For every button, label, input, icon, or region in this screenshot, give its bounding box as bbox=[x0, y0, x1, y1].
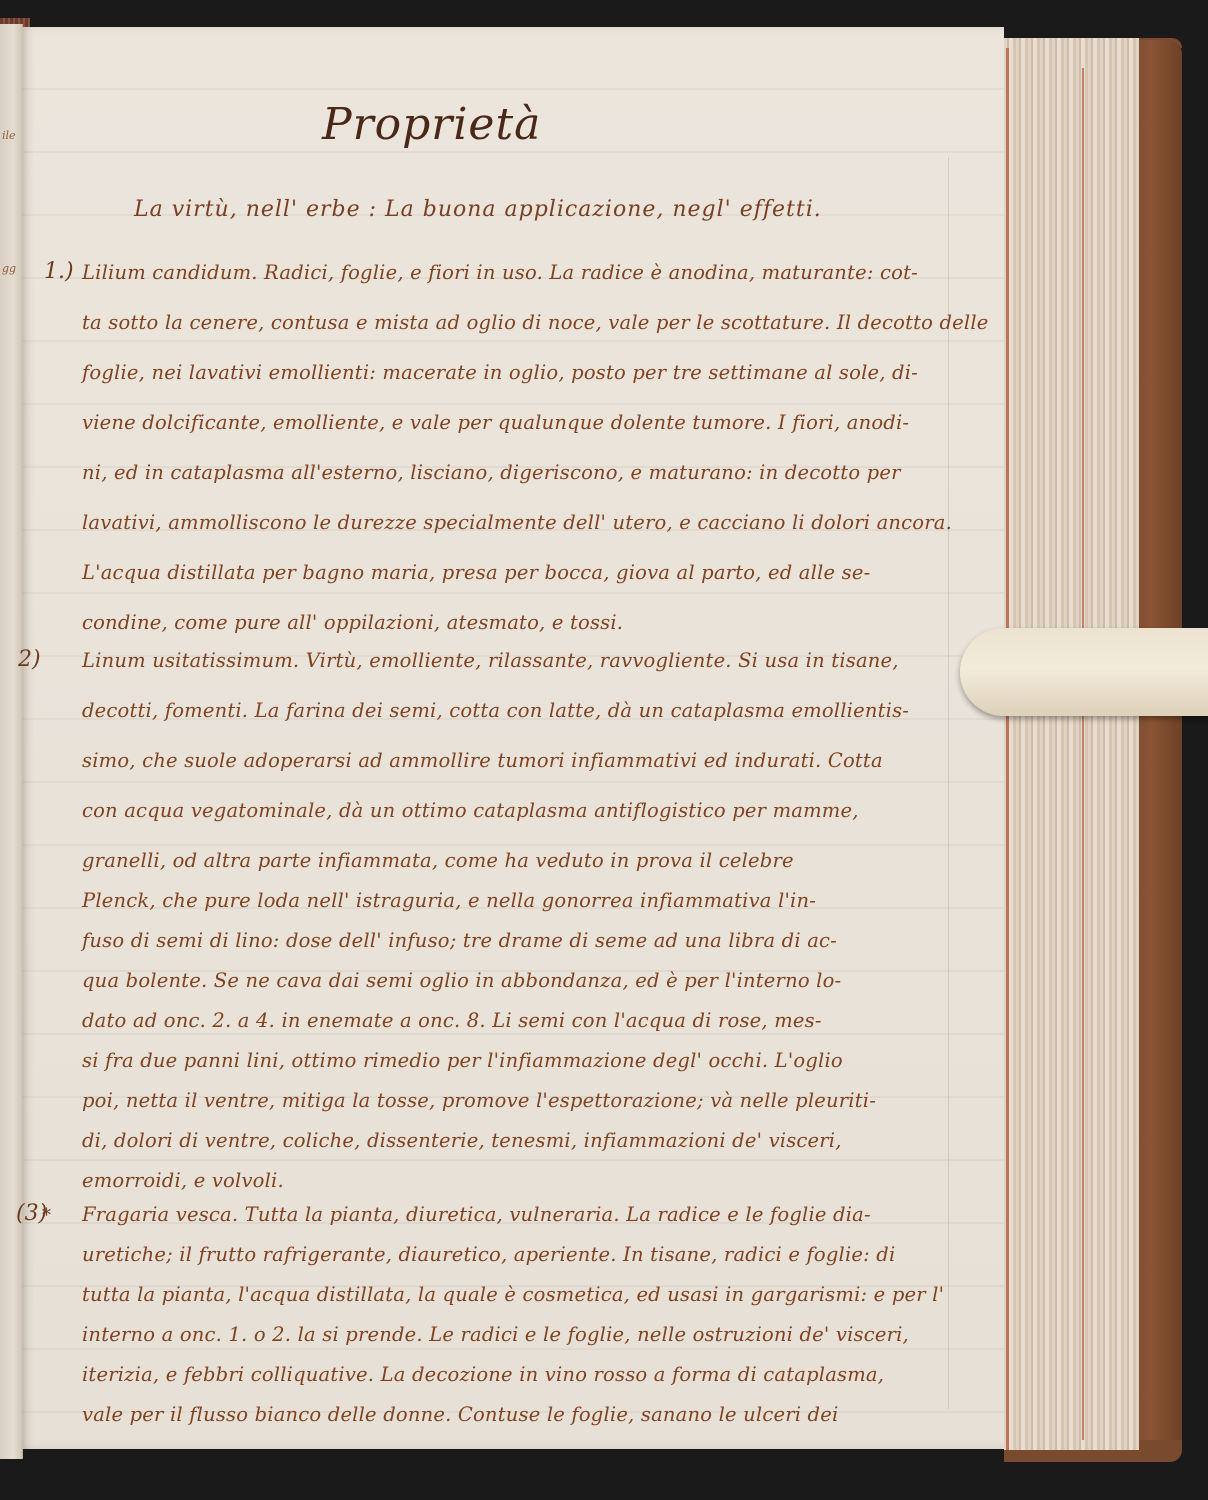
text-line: Linum usitatissimum. Virtù, emolliente, … bbox=[82, 649, 962, 672]
asterisk-mark: * bbox=[42, 1205, 51, 1226]
text-line: foglie, nei lavativi emollienti: macerat… bbox=[82, 361, 962, 384]
text-line: Plenck, che pure loda nell' istraguria, … bbox=[82, 889, 962, 912]
book-photograph: ile gg Proprietà La virtù, nell' erbe : … bbox=[0, 0, 1208, 1500]
text-line: condine, come pure all' oppilazioni, ate… bbox=[82, 611, 962, 634]
text-line: iterizia, e febbri colliquative. La deco… bbox=[82, 1363, 962, 1386]
text-line: con acqua vegatominale, dà un ottimo cat… bbox=[82, 799, 962, 822]
manuscript-page: Proprietà La virtù, nell' erbe : La buon… bbox=[22, 27, 1004, 1449]
text-line: ta sotto la cenere, contusa e mista ad o… bbox=[82, 311, 962, 334]
text-line: vale per il flusso bianco delle donne. C… bbox=[82, 1403, 962, 1426]
left-page-edge: ile gg bbox=[0, 24, 23, 1459]
text-line: emorroidi, e volvoli. bbox=[82, 1169, 962, 1192]
page-block-fore-edge bbox=[1004, 38, 1139, 1450]
text-line: lavativi, ammolliscono le durezze specia… bbox=[82, 511, 962, 534]
text-line: qua bolente. Se ne cava dai semi oglio i… bbox=[82, 969, 962, 992]
text-line: Lilium candidum. Radici, foglie, e fiori… bbox=[82, 261, 962, 284]
text-line: interno a onc. 1. o 2. la si prende. Le … bbox=[82, 1323, 962, 1346]
text-line: ni, ed in cataplasma all'esterno, liscia… bbox=[82, 461, 962, 484]
entry-number: 2) bbox=[18, 647, 41, 672]
text-line: uretiche; il frutto rafrigerante, diaure… bbox=[82, 1243, 962, 1266]
red-edge-line bbox=[1082, 68, 1084, 1440]
text-line: tutta la pianta, l'acqua distillata, la … bbox=[82, 1283, 962, 1306]
margin-fragment: ile bbox=[2, 129, 16, 142]
page-title: Proprietà bbox=[322, 99, 622, 150]
text-line: L'acqua distillata per bagno maria, pres… bbox=[82, 561, 962, 584]
text-line: decotti, fomenti. La farina dei semi, co… bbox=[82, 699, 962, 722]
bone-folder-page-weight bbox=[960, 628, 1208, 716]
entry-number: 1.) bbox=[44, 259, 74, 284]
motto: La virtù, nell' erbe : La buona applicaz… bbox=[134, 197, 934, 222]
text-line: viene dolcificante, emolliente, e vale p… bbox=[82, 411, 962, 434]
text-line: Fragaria vesca. Tutta la pianta, diureti… bbox=[82, 1203, 962, 1226]
text-line: granelli, od altra parte infiammata, com… bbox=[82, 849, 962, 872]
ruled-lines bbox=[22, 27, 1004, 1449]
text-line: dato ad onc. 2. a 4. in enemate a onc. 8… bbox=[82, 1009, 962, 1032]
text-line: si fra due panni lini, ottimo rimedio pe… bbox=[82, 1049, 962, 1072]
text-line: poi, netta il ventre, mitiga la tosse, p… bbox=[82, 1089, 962, 1112]
text-line: di, dolori di ventre, coliche, dissenter… bbox=[82, 1129, 962, 1152]
margin-fragment: gg bbox=[2, 262, 16, 275]
red-edge-line bbox=[1006, 48, 1009, 1450]
text-line: simo, che suole adoperarsi ad ammollire … bbox=[82, 749, 962, 772]
text-line: fuso di semi di lino: dose dell' infuso;… bbox=[82, 929, 962, 952]
